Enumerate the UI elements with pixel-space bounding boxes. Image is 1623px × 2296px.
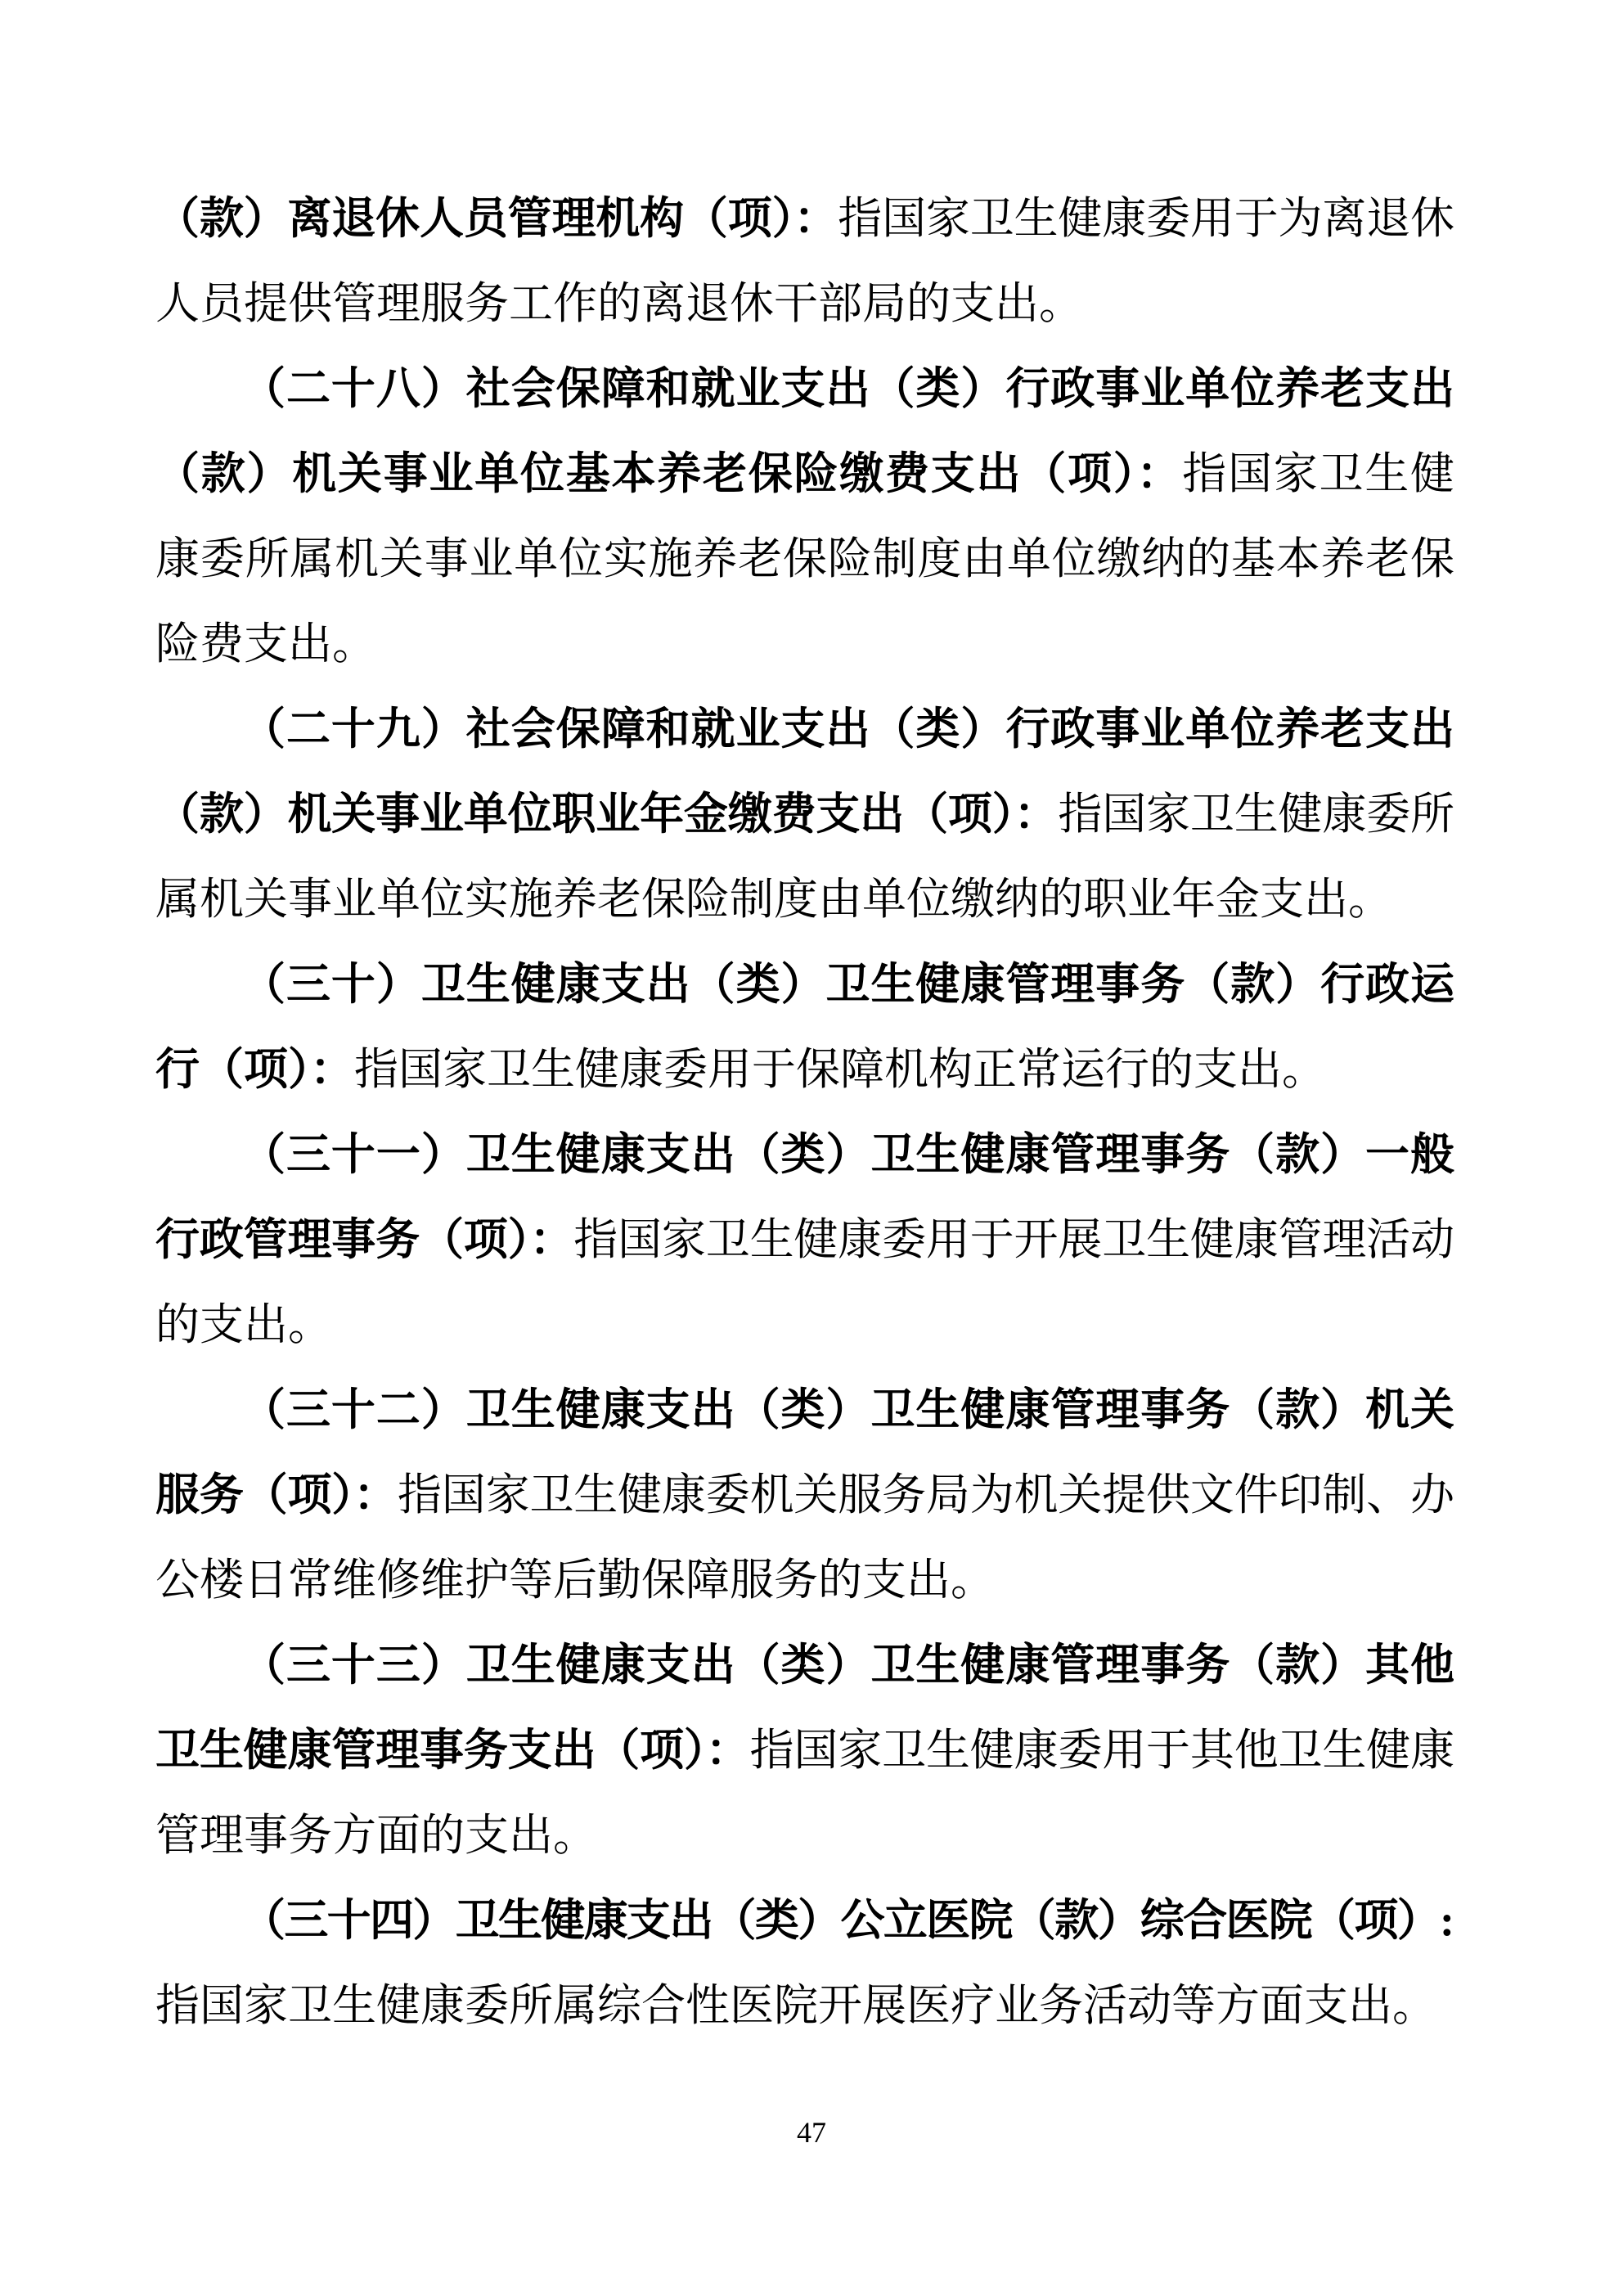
text-line: （三十一）卫生健康支出（类）卫生健康管理事务（款）一般 [155,1112,1452,1197]
text-line: 行政管理事务（项）：指国家卫生健康委用于开展卫生健康管理活动 [155,1197,1452,1282]
body-text-segment: 指国家卫生健康委所属综合性医院开展医疗业务活动等方面支出。 [155,1981,1436,2030]
text-line: （二十九）社会保障和就业支出（类）行政事业单位养老支出 [155,687,1452,772]
body-text-segment: 人员提供管理服务工作的离退休干部局的支出。 [155,279,1083,328]
text-line: 管理事务方面的支出。 [155,1793,1452,1878]
text-line: 险费支出。 [155,601,1452,687]
body-text-segment: 康委所属机关事业单位实施养老保险制度由单位缴纳的基本养老保 [155,534,1452,583]
heading-text-segment: （三十二）卫生健康支出（类）卫生健康管理事务（款）机关 [241,1385,1452,1434]
text-line: （三十三）卫生健康支出（类）卫生健康管理事务（款）其他 [155,1623,1452,1708]
body-text-segment: 管理事务方面的支出。 [155,1811,597,1860]
body-text-segment: 指国家卫生健康委用于其他卫生健康 [750,1726,1452,1775]
body-text-segment: 指国家卫生健康委机关服务局为机关提供文件印制、办 [398,1470,1452,1519]
heading-text-segment: 卫生健康管理事务支出（项）： [155,1726,750,1775]
heading-text-segment: 服务（项）： [155,1470,398,1519]
heading-text-segment: （款）机关事业单位职业年金缴费支出（项）： [155,790,1058,839]
body-text-segment: 的支出。 [155,1300,332,1349]
body-text-segment: 公楼日常维修维护等后勤保障服务的支出。 [155,1555,995,1605]
heading-text-segment: （三十一）卫生健康支出（类）卫生健康管理事务（款）一般 [241,1130,1452,1179]
heading-text-segment: （二十八）社会保障和就业支出（类）行政事业单位养老支出 [241,364,1452,413]
text-line: 行（项）：指国家卫生健康委用于保障机构正常运行的支出。 [155,1027,1452,1112]
heading-text-segment: 行（项）： [155,1045,354,1094]
heading-text-segment: （三十三）卫生健康支出（类）卫生健康管理事务（款）其他 [241,1641,1452,1690]
document-page: （款）离退休人员管理机构（项）：指国家卫生健康委用于为离退休人员提供管理服务工作… [0,0,1623,2296]
text-line: 的支出。 [155,1282,1452,1367]
body-text-segment: 指国家卫生健康委用于保障机构正常运行的支出。 [354,1045,1326,1094]
heading-text-segment: （三十四）卫生健康支出（类）公立医院（款）综合医院（项）: [241,1896,1452,1945]
text-line: （三十）卫生健康支出（类）卫生健康管理事务（款）行政运 [155,942,1452,1027]
text-line: 公楼日常维修维护等后勤保障服务的支出。 [155,1537,1452,1623]
text-line: 服务（项）：指国家卫生健康委机关服务局为机关提供文件印制、办 [155,1452,1452,1537]
text-line: 属机关事业单位实施养老保险制度由单位缴纳的职业年金支出。 [155,857,1452,942]
text-line: 指国家卫生健康委所属综合性医院开展医疗业务活动等方面支出。 [155,1963,1452,2048]
heading-text-segment: 行政管理事务（项）： [155,1215,573,1264]
text-line: （三十二）卫生健康支出（类）卫生健康管理事务（款）机关 [155,1367,1452,1452]
heading-text-segment: （三十）卫生健康支出（类）卫生健康管理事务（款）行政运 [241,960,1452,1009]
heading-text-segment: （款）离退休人员管理机构（项）： [155,194,838,243]
text-line: 卫生健康管理事务支出（项）：指国家卫生健康委用于其他卫生健康 [155,1708,1452,1793]
body-text-segment: 指国家卫生健康委所 [1058,790,1452,839]
heading-text-segment: （款）机关事业单位基本养老保险缴费支出（项）： [155,449,1182,498]
heading-text-segment: （二十九）社会保障和就业支出（类）行政事业单位养老支出 [241,705,1452,754]
body-text-segment: 指国家卫生健 [1182,449,1452,498]
body-text-segment: 险费支出。 [155,619,376,669]
text-line: （款）机关事业单位基本养老保险缴费支出（项）：指国家卫生健 [155,431,1452,516]
text-line: 康委所属机关事业单位实施养老保险制度由单位缴纳的基本养老保 [155,516,1452,601]
text-line: （二十八）社会保障和就业支出（类）行政事业单位养老支出 [155,346,1452,431]
page-number: 47 [0,2114,1623,2150]
text-line: （款）机关事业单位职业年金缴费支出（项）：指国家卫生健康委所 [155,772,1452,857]
text-line: （三十四）卫生健康支出（类）公立医院（款）综合医院（项）: [155,1878,1452,1963]
text-line: 人员提供管理服务工作的离退休干部局的支出。 [155,261,1452,346]
text-line: （款）离退休人员管理机构（项）：指国家卫生健康委用于为离退休 [155,176,1452,261]
body-text-segment: 属机关事业单位实施养老保险制度由单位缴纳的职业年金支出。 [155,875,1392,924]
document-body: （款）离退休人员管理机构（项）：指国家卫生健康委用于为离退休人员提供管理服务工作… [155,176,1452,2048]
body-text-segment: 指国家卫生健康委用于开展卫生健康管理活动 [573,1215,1452,1264]
body-text-segment: 指国家卫生健康委用于为离退休 [838,194,1452,243]
